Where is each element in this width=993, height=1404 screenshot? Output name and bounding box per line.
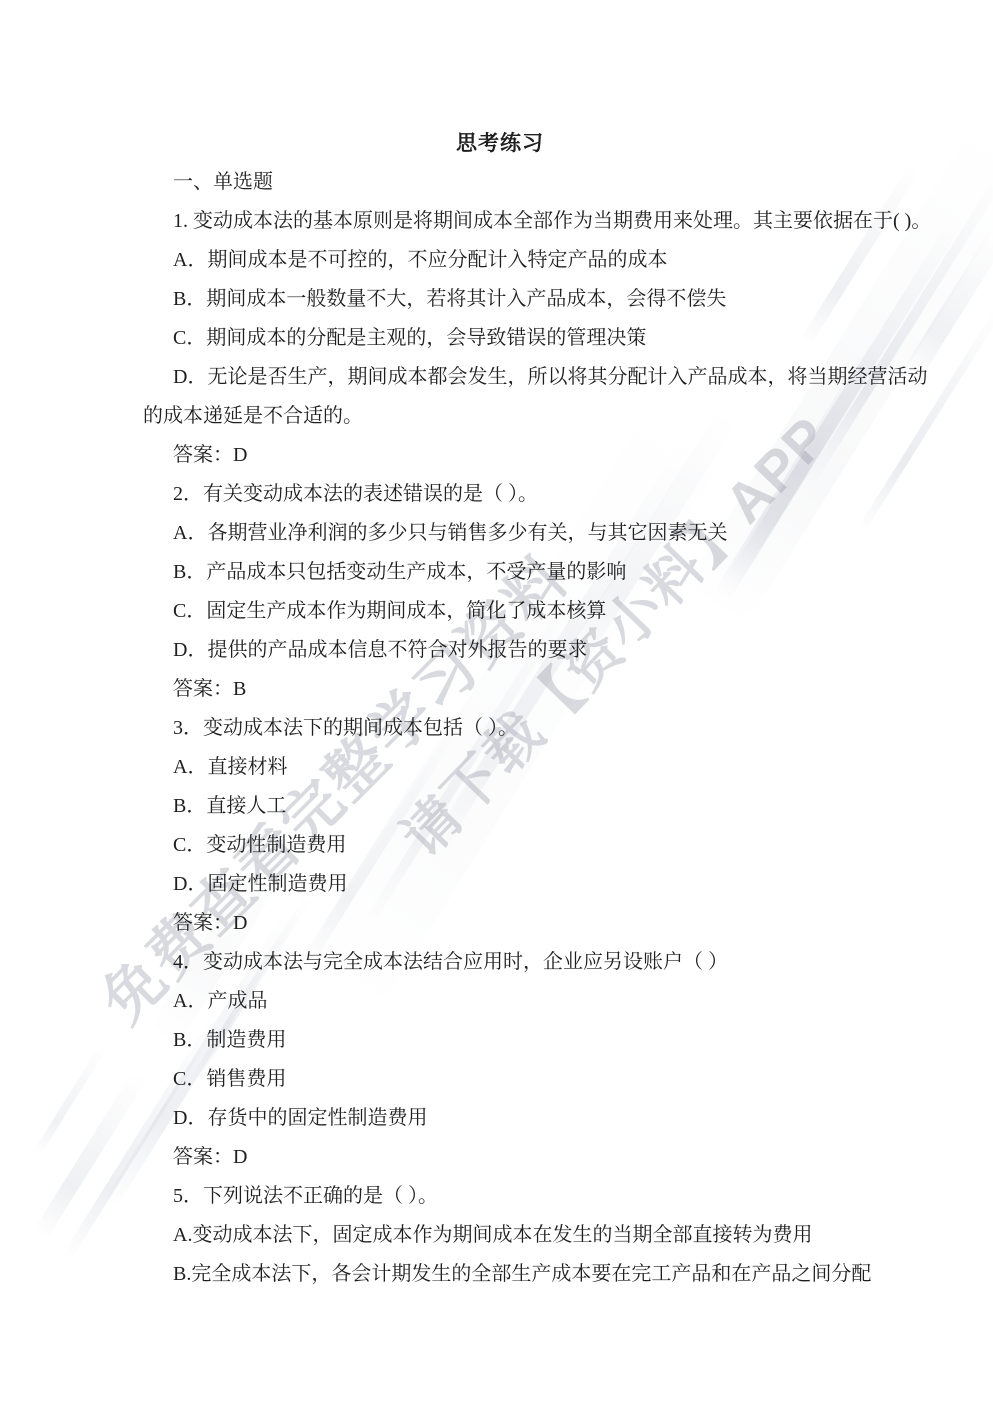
option-line: C．销售费用 (143, 1060, 857, 1099)
option-line: D．无论是否生产，期间成本都会发生，所以将其分配计入产品成本，将当期经营活动 (143, 358, 857, 397)
option-line: D．提供的产品成本信息不符合对外报告的要求 (143, 631, 857, 670)
question-stem: 2．有关变动成本法的表述错误的是（ ）。 (143, 475, 857, 514)
option-continuation-line: 的成本递延是不合适的。 (143, 397, 857, 436)
option-line: A．期间成本是不可控的，不应分配计入特定产品的成本 (143, 241, 857, 280)
question-stem: 1. 变动成本法的基本原则是将期间成本全部作为当期费用来处理。其主要依据在于( … (143, 202, 857, 241)
question-block-5: 5．下列说法不正确的是（ ）。 A.变动成本法下，固定成本作为期间成本在发生的当… (143, 1177, 857, 1294)
question-block-1: 1. 变动成本法的基本原则是将期间成本全部作为当期费用来处理。其主要依据在于( … (143, 202, 857, 475)
answer-line: 答案：D (143, 436, 857, 475)
document-content: 思考练习 一、单选题 1. 变动成本法的基本原则是将期间成本全部作为当期费用来处… (143, 124, 857, 1294)
question-stem: 5．下列说法不正确的是（ ）。 (143, 1177, 857, 1216)
page-title: 思考练习 (143, 124, 857, 163)
answer-line: 答案：D (143, 904, 857, 943)
answer-line: 答案：D (143, 1138, 857, 1177)
question-stem: 3．变动成本法下的期间成本包括（ ）。 (143, 709, 857, 748)
brush-stroke (901, 228, 993, 383)
option-line: C．期间成本的分配是主观的，会导致错误的管理决策 (143, 319, 857, 358)
option-line: A．产成品 (143, 982, 857, 1021)
option-line: A．直接材料 (143, 748, 857, 787)
brush-stroke (858, 308, 993, 533)
option-line: B．制造费用 (143, 1021, 857, 1060)
answer-line: 答案：B (143, 670, 857, 709)
brush-stroke (33, 1070, 147, 1240)
question-block-2: 2．有关变动成本法的表述错误的是（ ）。 A．各期营业净利润的多少只与销售多少有… (143, 475, 857, 709)
option-line: B.完全成本法下，各会计期发生的全部生产成本要在完工产品和在产品之间分配 (143, 1255, 857, 1294)
document-page: { "document": { "title": "思考练习", "sectio… (0, 0, 993, 1404)
option-line: A.变动成本法下，固定成本作为期间成本在发生的当期全部直接转为费用 (143, 1216, 857, 1255)
option-line: D．存货中的固定性制造费用 (143, 1099, 857, 1138)
option-line: D．固定性制造费用 (143, 865, 857, 904)
option-line: C．固定生产成本作为期间成本，简化了成本核算 (143, 592, 857, 631)
brush-stroke (32, 1043, 108, 1157)
option-line: B．产品成本只包括变动生产成本，不受产量的影响 (143, 553, 857, 592)
question-block-3: 3．变动成本法下的期间成本包括（ ）。 A．直接材料 B．直接人工 C．变动性制… (143, 709, 857, 943)
option-line: B．期间成本一般数量不大，若将其计入产品成本，会得不偿失 (143, 280, 857, 319)
option-line: C．变动性制造费用 (143, 826, 857, 865)
section-heading: 一、单选题 (143, 163, 857, 202)
option-line: A．各期营业净利润的多少只与销售多少有关，与其它因素无关 (143, 514, 857, 553)
question-stem: 4．变动成本法与完全成本法结合应用时，企业应另设账户（ ） (143, 943, 857, 982)
question-block-4: 4．变动成本法与完全成本法结合应用时，企业应另设账户（ ） A．产成品 B．制造… (143, 943, 857, 1177)
option-line: B．直接人工 (143, 787, 857, 826)
